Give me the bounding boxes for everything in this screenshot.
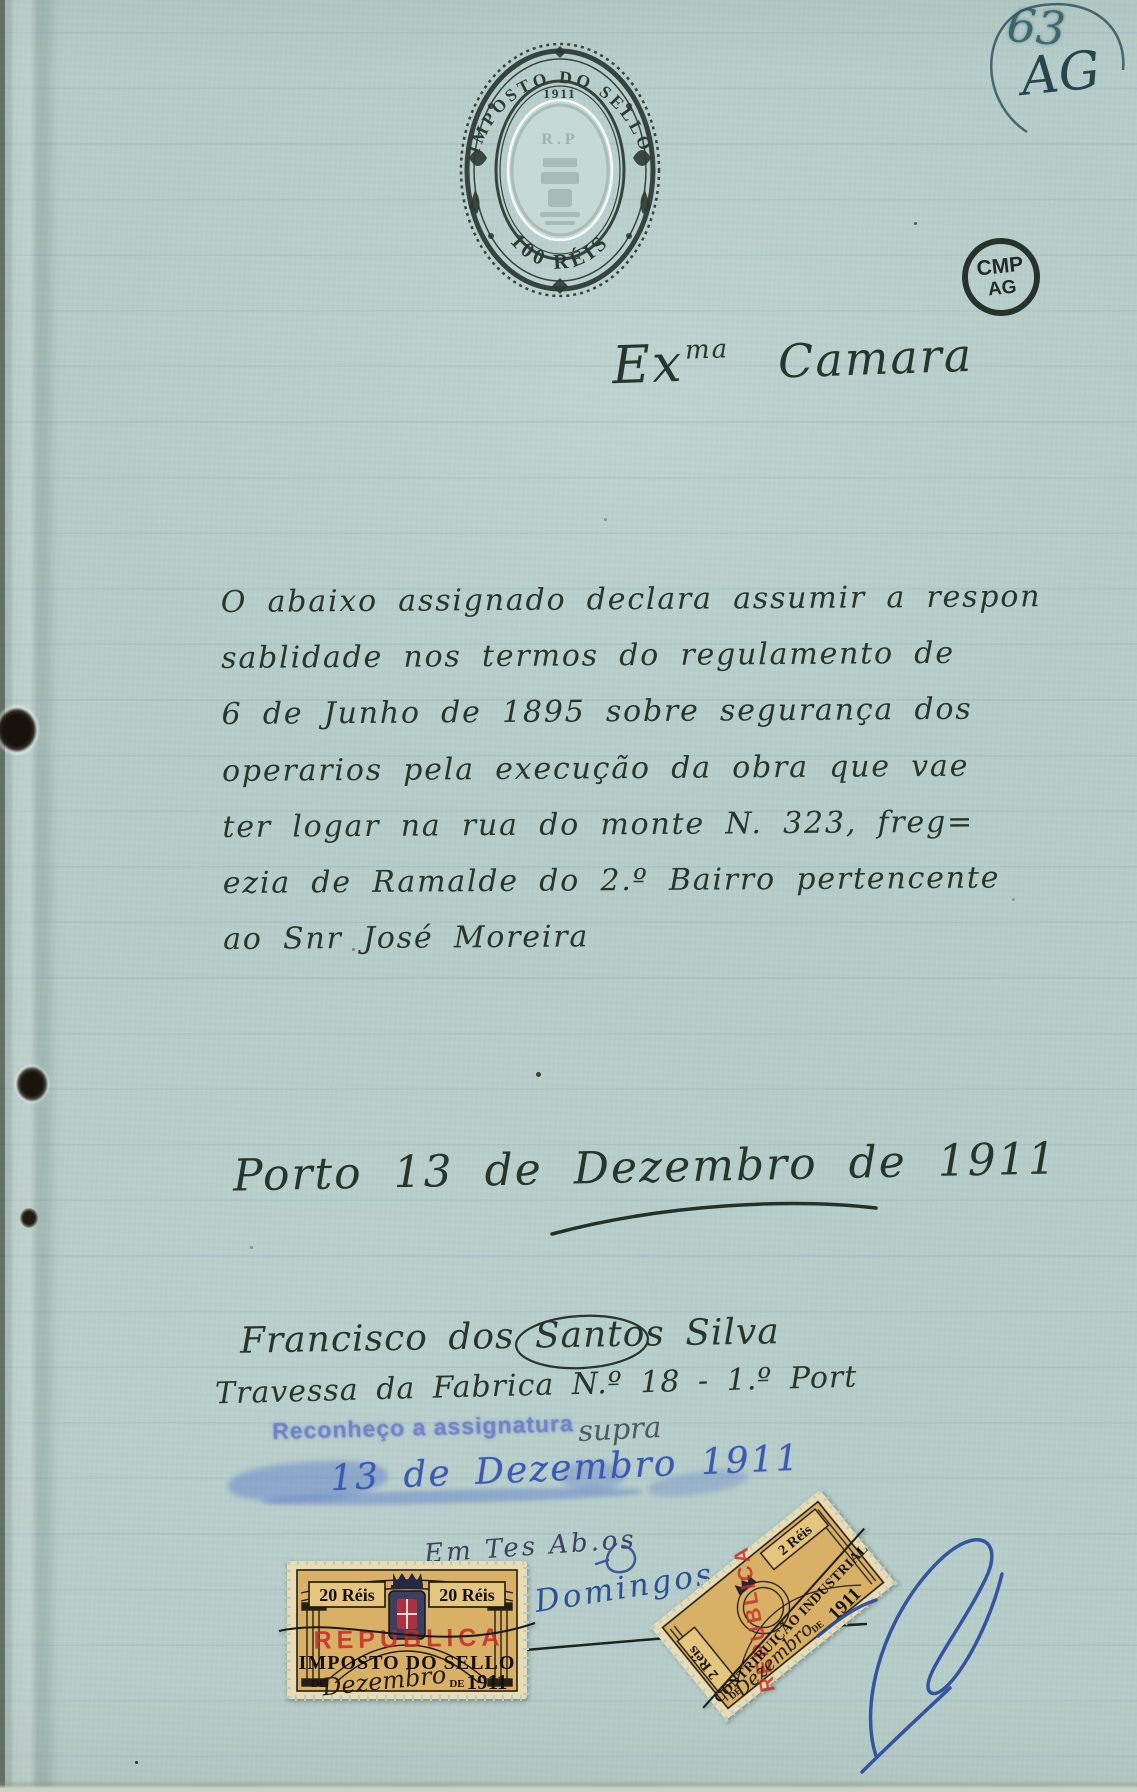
flourish-signature-lead xyxy=(818,1600,876,1636)
flourish-signature xyxy=(871,1540,1002,1756)
scanned-document-page: R.P 1911 IMPOSTO DO SELLO 100 RÉIS 63 AG… xyxy=(0,0,1137,1792)
blue-flourish-layer xyxy=(0,0,1137,1792)
flourish-signature-tail xyxy=(862,1688,950,1772)
blue-scrawl-mark xyxy=(607,1544,635,1572)
